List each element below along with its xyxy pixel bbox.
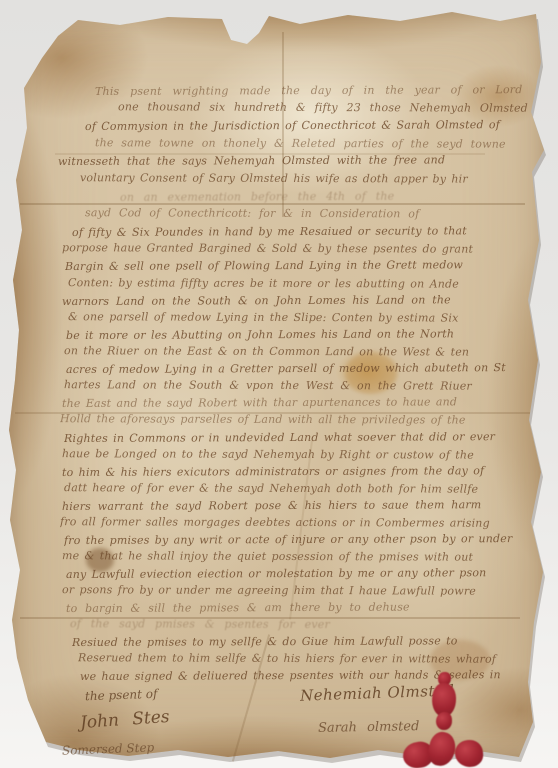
manuscript-line: we haue signed & deliuered these psentes… — [80, 668, 538, 684]
manuscript-line: acres of medow Lying in a Gretter parsel… — [66, 361, 538, 377]
wax-blob — [426, 730, 458, 768]
manuscript-line: witnesseth that the says Nehemyah Olmste… — [58, 153, 538, 169]
manuscript-line: on an exemenation before the 4th of the — [120, 189, 538, 205]
manuscript-line: Reserued them to him sellfe & to his hie… — [78, 651, 538, 667]
manuscript-line: the same towne on thonely & Releted part… — [95, 136, 538, 152]
manuscript-line: warnors Land on the South & on John Lome… — [62, 293, 538, 309]
manuscript-line: the East and the sayd Robert with thar a… — [62, 395, 538, 411]
manuscript-line: of Commysion in the Jurisdiction of Cone… — [85, 118, 538, 134]
manuscript-line: Conten: by estima fiffty acres be it mor… — [68, 276, 538, 292]
manuscript-line: one thousand six hundreth & fifty 23 tho… — [118, 100, 538, 115]
manuscript-line: me & that he shall injoy the quiet posse… — [62, 549, 538, 565]
manuscript-line: Rightes in Commons or in undevided Land … — [64, 430, 538, 446]
wax-blob — [454, 739, 484, 768]
manuscript-line: on the Riuer on the East & on th Common … — [64, 344, 538, 360]
wax-seal-fragment-lower — [403, 730, 488, 768]
manuscript-text: This psent wrighting made the day of in … — [0, 0, 558, 768]
manuscript-line: fro all former salles morgages deebtes a… — [60, 515, 538, 531]
manuscript-line: hiers warrant the sayd Robert pose & his… — [62, 498, 538, 514]
manuscript-line: Holld the aforesays parselles of Land wi… — [60, 412, 538, 428]
witness-heading: the psent of — [85, 687, 158, 704]
manuscript-line: haue be Longed on to the sayd Nehemyah b… — [62, 447, 538, 463]
witness-signature-somersed: Somersed Step — [62, 740, 155, 757]
witness-signature-john: John Stes — [79, 707, 170, 733]
manuscript-line: or psons fro by or under me agreeing him… — [62, 583, 538, 599]
manuscript-line: This psent wrighting made the day of in … — [95, 83, 538, 99]
photograph-backdrop: This psent wrighting made the day of in … — [0, 0, 558, 768]
manuscript-line: datt heare of for ever & the sayd Nehemy… — [64, 481, 538, 497]
wax-blob — [436, 712, 452, 730]
manuscript-line: Bargin & sell one psell of Plowing Land … — [65, 258, 538, 274]
manuscript-line: to him & his hiers exicutors administrat… — [62, 464, 538, 480]
manuscript-line: sayd Cod of Conecthricott: for & in Cons… — [85, 206, 538, 222]
manuscript-line: of fifty & Six Poundes in hand by me Res… — [72, 224, 538, 240]
manuscript-line: hartes Land on the South & vpon the West… — [64, 378, 538, 394]
manuscript-line: Resiued the pmises to my sellfe & do Giu… — [72, 634, 538, 650]
manuscript-line: fro the pmises by any writ or acte of in… — [64, 532, 538, 548]
manuscript-line: be it more or les Abutting on John Lomes… — [66, 327, 538, 343]
manuscript-line: voluntary Consent of Sary Olmsted his wi… — [80, 171, 538, 187]
manuscript-line: & one parsell of medow Lying in the Slip… — [68, 310, 538, 326]
wax-seal-fragment-upper — [430, 672, 464, 732]
manuscript-line: to bargin & sill the pmises & am there b… — [66, 600, 538, 616]
manuscript-line: any Lawfull eviection eiection or molest… — [66, 566, 538, 582]
manuscript-line: porpose haue Granted Bargined & Sold & b… — [62, 241, 538, 257]
manuscript-line: of the sayd pmises & psentes for ever — [70, 617, 538, 633]
